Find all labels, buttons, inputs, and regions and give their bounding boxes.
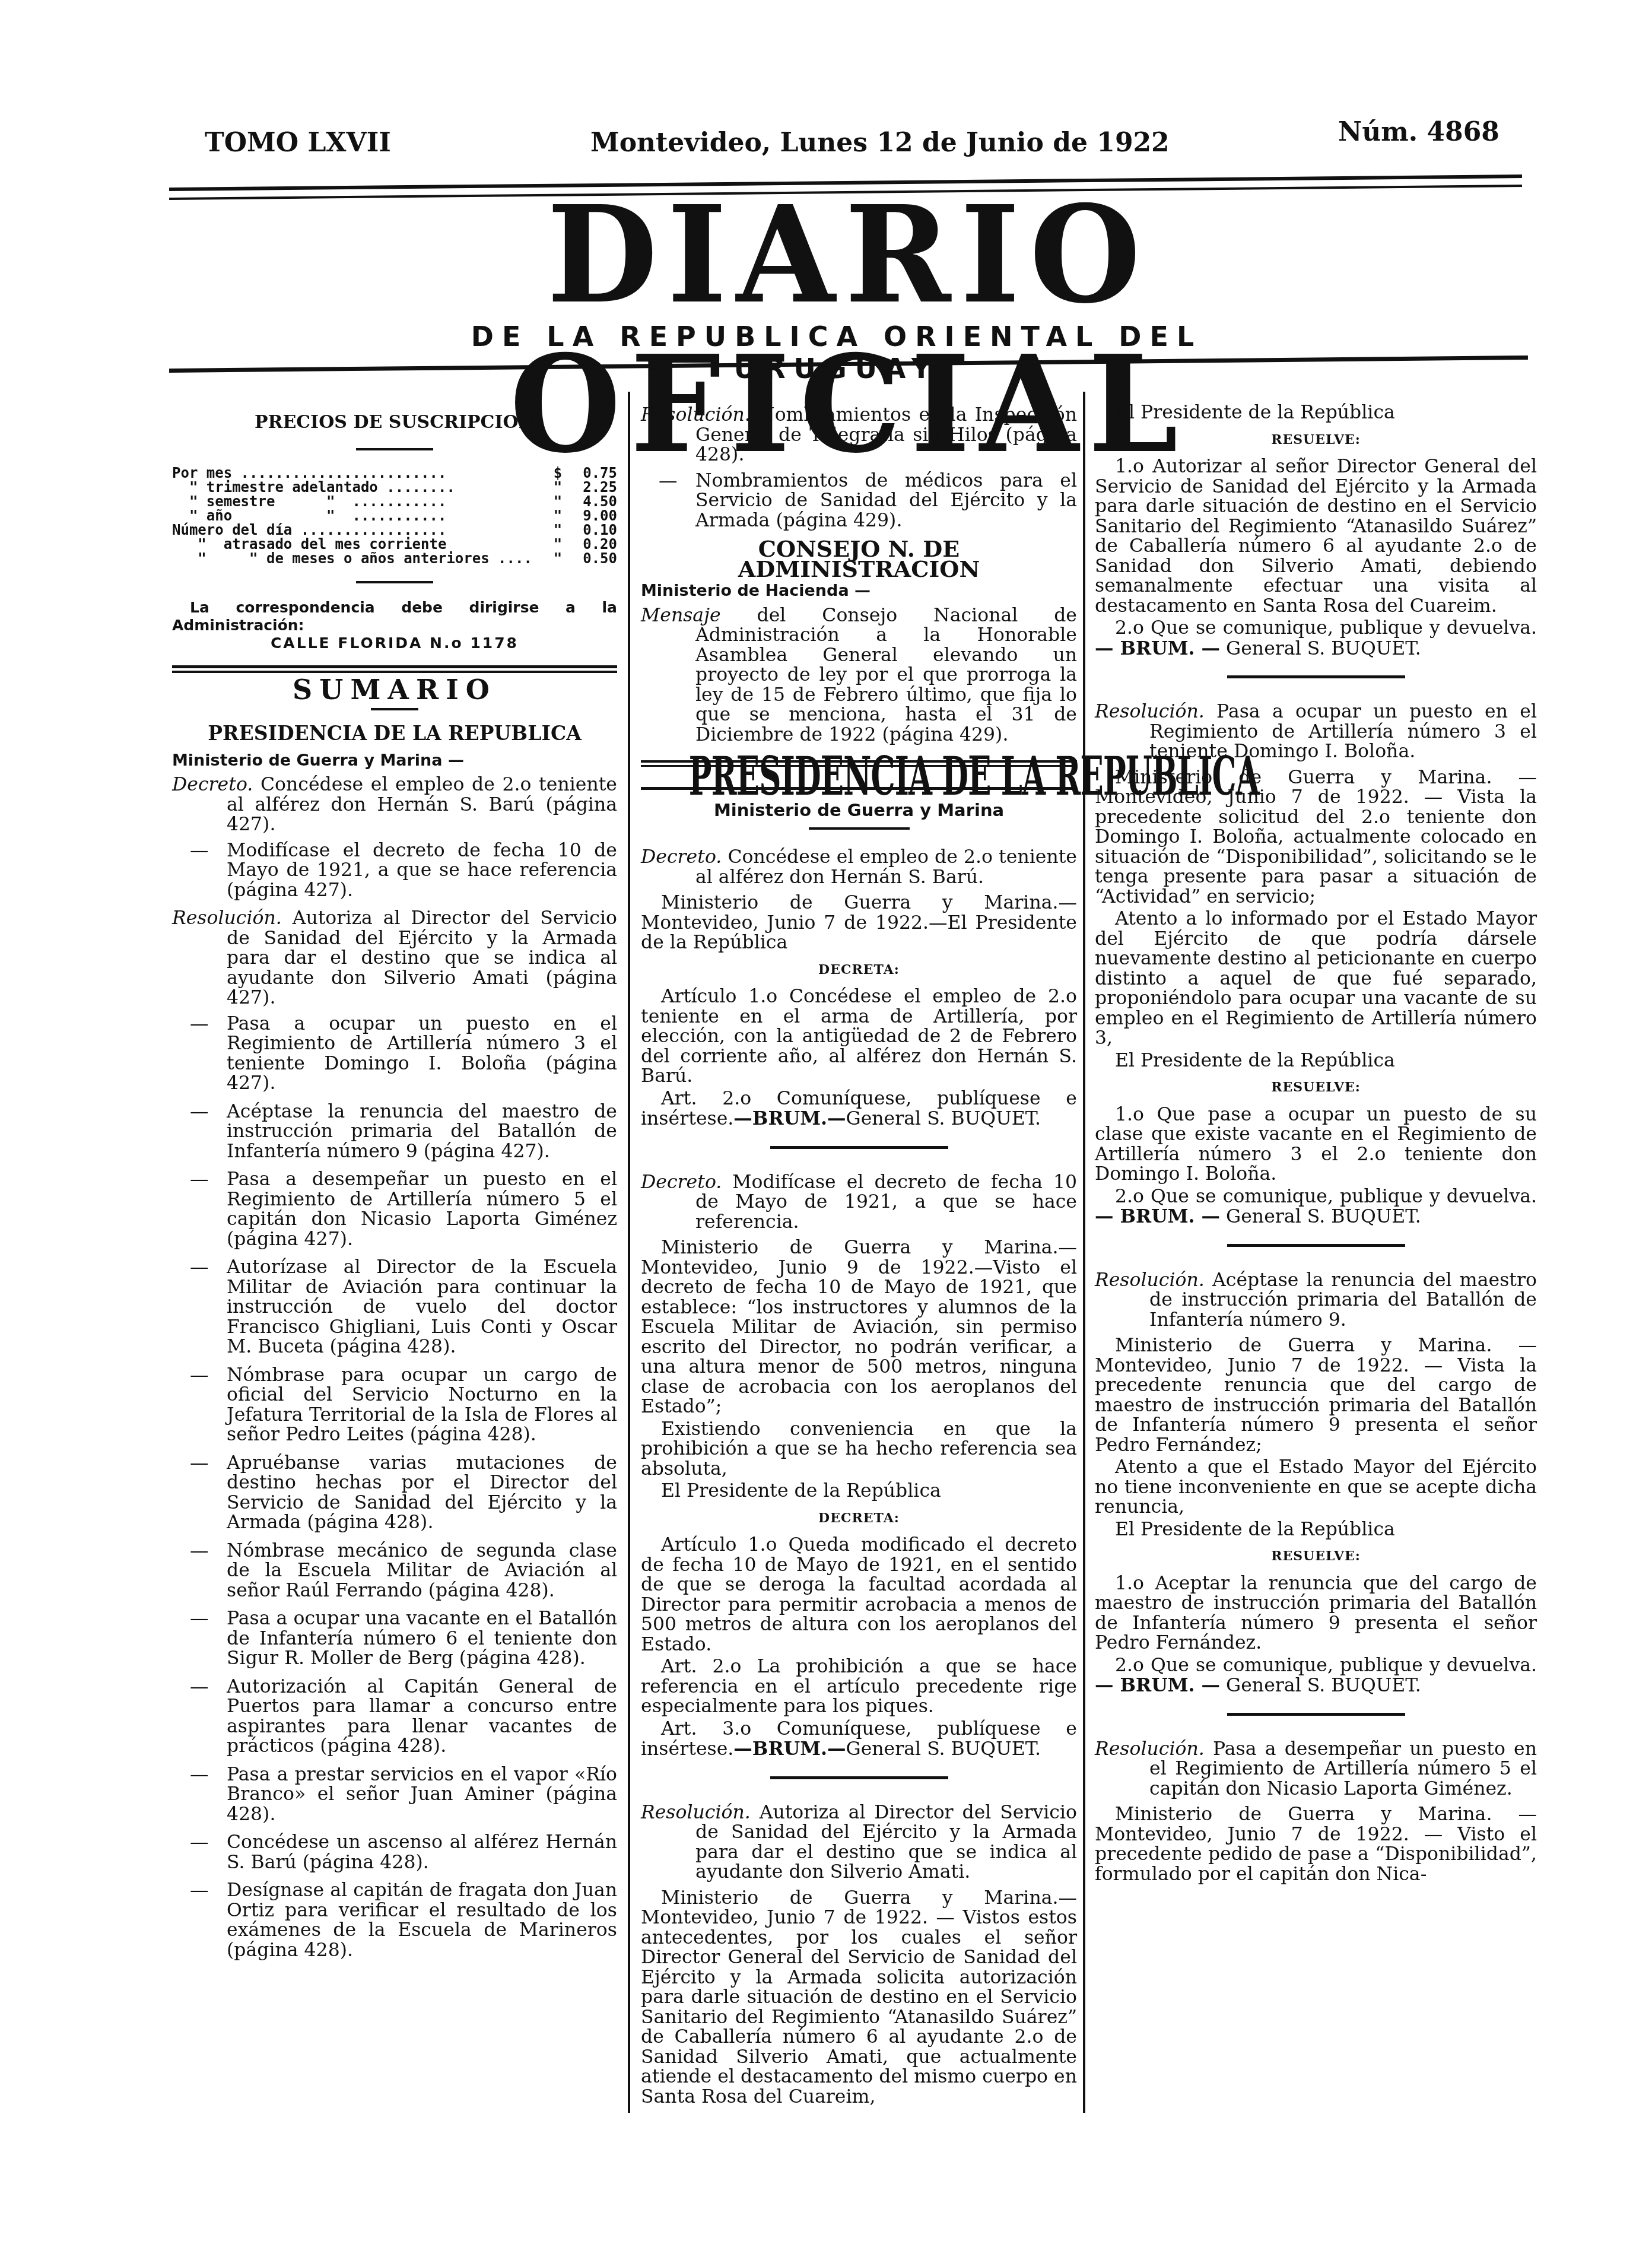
price-row: " atrasado del mes corriente"0.20 [172,537,617,551]
preamble: Ministerio de Guerra y Marina. — Montevi… [1095,768,1537,907]
president: El Presidente de la República [1095,1051,1537,1071]
sumario-entry: Pasa a ocupar una vacante en el Batallón… [172,1609,617,1669]
sumario-entry: Modifícase el decreto de fecha 10 de May… [172,841,617,901]
entry-summary: Acéptase la renuncia del maestro de inst… [1149,1269,1537,1331]
column-2: Resolución. Nombramientos en la Inspecci… [641,401,1077,2109]
entry-lead: Resolución. [1095,701,1205,722]
signature-brum: —BRUM.— [733,1107,846,1129]
entry-lead: Resolución. [1095,1269,1205,1291]
article-1: Artículo 1.o Queda modificado el decreto… [641,1535,1077,1655]
resolution-3: Resolución. Acéptase la renuncia del mae… [1095,1271,1537,1696]
sumario-entry: Concédese un ascenso al alférez Hernán S… [172,1833,617,1872]
considering: Atento a que el Estado Mayor del Ejércit… [1095,1458,1537,1518]
signature-brum: —BRUM.— [733,1738,846,1760]
entry-text: Modifícase el decreto de fecha 10 de May… [227,840,617,901]
price-currency: " [546,480,570,494]
correspondence-note: La correspondencia debe dirigirse a la A… [172,599,617,652]
divider [371,708,418,710]
sumario-entry: Desígnase al capitán de fragata don Juan… [172,1881,617,1960]
entry-lead: Decreto. [172,774,260,795]
sumario-list-part-1: Decreto. Concédese el empleo de 2.o teni… [172,775,617,1960]
entry-summary: Autoriza al Director del Servicio de San… [695,1802,1077,1883]
price-currency: " [546,551,570,566]
considering: Atento a lo informado por el Estado Mayo… [1095,909,1537,1049]
sumario-section-heading: PRESIDENCIA DE LA REPUBLICA [172,723,617,744]
divider [356,448,433,450]
divider [809,827,910,830]
entry-text: Autorízase al Director de la Escuela Mil… [227,1256,617,1357]
article-3: Art. 3.o Comuníquese, publíquese e insér… [641,1719,1077,1760]
address: CALLE FLORIDA N.o 1178 [172,634,617,652]
sumario-ministry: Ministerio de Guerra y Marina — [172,751,617,771]
sumario-entry: Autorízase al Director de la Escuela Mil… [172,1258,617,1357]
resolution-4: Resolución. Pasa a desempeñar un puesto … [1095,1740,1537,1885]
masthead-info-line: TOMO LXVII Montevideo, Lunes 12 de Junio… [172,128,1537,175]
issue-number: Núm. 4868 [1338,117,1499,147]
sumario-entry: Acéptase la renuncia del maestro de inst… [172,1102,617,1162]
article-1: Artículo 1.o Concédese el empleo de 2.o … [641,987,1077,1087]
price-amount: 0.10 [570,523,617,537]
consejo-entry: Mensaje del Consejo Nacional de Administ… [641,606,1077,745]
divider [770,1146,948,1149]
entry-lead: Decreto. [641,846,722,868]
resolve-point-1: 1.o Autorizar al señor Director General … [1095,457,1537,616]
entry-text: Pasa a desempeñar un puesto en el Regimi… [227,1169,617,1250]
price-label: " " de meses o años anteriores .... [172,551,546,566]
signature-buquet: General S. BUQUET. [846,1108,1041,1129]
resolve-point-2: 2.o Que se comunique, publique y devuelv… [1095,618,1537,659]
president: El Presidente de la República [1095,1520,1537,1540]
sumario-entry: Nombramientos de médicos para el Servici… [641,471,1077,531]
price-amount: 0.20 [570,537,617,551]
entry-text: Acéptase la renuncia del maestro de inst… [227,1101,617,1162]
president: El Presidente de la República [641,1481,1077,1502]
entry-text: Apruébanse varias mutaciones de destino … [227,1452,617,1534]
entry-text: Nómbrase mecánico de segunda clase de la… [227,1540,617,1601]
correspondence-text: La correspondencia debe dirigirse a la A… [172,599,617,634]
consejo-ministry: Ministerio de Hacienda — [641,581,1077,601]
entry-summary: Pasa a desempeñar un puesto en el Regimi… [1149,1738,1537,1799]
column-3: El Presidente de la República RESUELVE: … [1095,401,1537,1887]
price-row: " año " ..........."9.00 [172,509,617,523]
resuelve-label: RESUELVE: [1095,1547,1537,1567]
price-currency: " [546,537,570,551]
resolve-point-1: 1.o Aceptar la renuncia que del cargo de… [1095,1574,1537,1653]
article-2: Art. 2.o La prohibición a que se hace re… [641,1657,1077,1717]
price-row: Número del día ................."0.10 [172,523,617,537]
preamble: Ministerio de Guerra y Marina. — Montevi… [1095,1336,1537,1455]
entry-text: Nombramientos de médicos para el Servici… [695,470,1077,531]
decreta-label: DECRETA: [641,960,1077,980]
volume-label: TOMO LXVII [205,128,391,158]
entry-lead: Resolución. [641,404,758,426]
divider [1227,675,1405,678]
signature-brum: — BRUM. — [1095,1205,1220,1227]
entry-text: Pasa a ocupar un puesto en el Regimiento… [227,1013,617,1094]
divider [172,665,617,668]
signature-brum: — BRUM. — [1095,637,1220,659]
sumario-entry: Nómbrase para ocupar un cargo de oficial… [172,1366,617,1445]
entry-lead: Resolución. [172,907,293,929]
resolution-2: Resolución. Pasa a ocupar un puesto en e… [1095,702,1537,1227]
signature-buquet: General S. BUQUET. [1226,638,1421,659]
considering: Existiendo conveniencia en que la prohib… [641,1420,1077,1480]
signature-buquet: General S. BUQUET. [846,1738,1041,1760]
price-label: Número del día ................. [172,523,546,537]
sumario-heading: SUMARIO [172,680,617,700]
subscription-price-table: Por mes ........................$0.75 " … [172,466,617,566]
price-amount: 0.50 [570,551,617,566]
preamble: Ministerio de Guerra y Marina.—Montevide… [641,1888,1077,2107]
decreta-label: DECRETA: [641,1509,1077,1529]
decree-2: Decreto. Modifícase el decreto de fecha … [641,1173,1077,1760]
sumario-entry: Pasa a desempeñar un puesto en el Regimi… [172,1170,617,1249]
divider [770,1776,948,1779]
price-row: " semestre " ..........."4.50 [172,494,617,509]
resolve-point-2: 2.o Que se comunique, publique y devuelv… [1095,1656,1537,1696]
entry-summary: Concédese el empleo de 2.o teniente al a… [695,846,1077,888]
entry-text: Nómbrase para ocupar un cargo de oficial… [227,1364,617,1446]
preamble: Ministerio de Guerra y Marina.—Montevide… [641,893,1077,953]
price-currency: " [546,509,570,523]
price-row: " trimestre adelantado ........"2.25 [172,480,617,494]
divider [172,671,617,673]
price-row: " " de meses o años anteriores ...."0.50 [172,551,617,566]
sumario-entry: Pasa a ocupar un puesto en el Regimiento… [172,1014,617,1094]
consejo-heading: CONSEJO N. DE ADMINISTRACION [641,539,1077,579]
dateline: Montevideo, Lunes 12 de Junio de 1922 [590,128,1170,158]
price-label: " atrasado del mes corriente [172,537,546,551]
entry-text: Autorización al Capitán General de Puert… [227,1676,617,1757]
entry-summary: Modifícase el decreto de fecha 10 de May… [695,1172,1077,1233]
sumario-entry: Autorización al Capitán General de Puert… [172,1677,617,1757]
resolve-point-1: 1.o Que pase a ocupar un puesto de su cl… [1095,1105,1537,1185]
sumario-entry: Resolución. Autoriza al Director del Ser… [172,909,617,1008]
entry-text: Pasa a ocupar una vacante en el Batallón… [227,1608,617,1669]
signature-brum: — BRUM. — [1095,1674,1220,1696]
price-label: " trimestre adelantado ........ [172,480,546,494]
resolve-point-2: 2.o Que se comunique, publique y devuelv… [1095,1187,1537,1227]
signature-buquet: General S. BUQUET. [1226,1206,1421,1227]
sumario-list-part-2: Resolución. Nombramientos en la Inspecci… [641,405,1077,531]
preamble: Ministerio de Guerra y Marina.—Montevide… [641,1238,1077,1417]
president: El Presidente de la República [1095,403,1537,423]
price-amount: 2.25 [570,480,617,494]
resuelve-label: RESUELVE: [1095,430,1537,450]
column-divider-1 [628,392,630,2113]
entry-summary: Pasa a ocupar un puesto en el Regimiento… [1149,701,1537,762]
price-label: " semestre " ........... [172,494,546,509]
resuelve-label: RESUELVE: [1095,1078,1537,1098]
entry-text: Desígnase al capitán de fragata don Juan… [227,1880,617,1961]
sumario-entry: Resolución. Nombramientos en la Inspecci… [641,405,1077,465]
entry-lead: Mensaje [641,605,721,626]
sumario-entry: Nómbrase mecánico de segunda clase de la… [172,1541,617,1601]
entry-text: Concédese el empleo de 2.o teniente al a… [227,774,617,835]
entry-lead: Decreto. [641,1172,722,1193]
article-2: Art. 2.o Comuníquese, publíquese e insér… [641,1089,1077,1129]
divider [1227,1713,1405,1716]
price-amount: 0.75 [570,466,617,480]
entry-lead: Resolución. [641,1802,751,1823]
newspaper-subtitle: DE LA REPUBLICA ORIENTAL DEL URUGUAY [362,320,1311,385]
divider [641,787,1077,790]
signature-buquet: General S. BUQUET. [1226,1675,1421,1696]
price-label: " año " ........... [172,509,546,523]
price-currency: " [546,523,570,537]
sumario-entry: Decreto. Concédese el empleo de 2.o teni… [172,775,617,835]
entry-text: del Consejo Nacional de Administración a… [695,605,1077,745]
price-row: Por mes ........................$0.75 [172,466,617,480]
price-amount: 4.50 [570,494,617,509]
entry-lead: Resolución. [1095,1738,1205,1760]
resolution-1-continued: El Presidente de la República RESUELVE: … [1095,403,1537,659]
preamble: Ministerio de Guerra y Marina. — Montevi… [1095,1805,1537,1884]
entry-text: Pasa a prestar servicios en el vapor «Rí… [227,1764,617,1825]
resolution-1: Resolución. Autoriza al Director del Ser… [641,1803,1077,2107]
price-currency: $ [546,466,570,480]
sumario-entry: Pasa a prestar servicios en el vapor «Rí… [172,1765,617,1825]
decree-1: Decreto. Concédese el empleo de 2.o teni… [641,847,1077,1129]
column-divider-2 [1083,392,1085,2113]
price-label: Por mes ........................ [172,466,546,480]
price-amount: 9.00 [570,509,617,523]
entry-text: Concédese un ascenso al alférez Hernán S… [227,1831,617,1873]
subscription-heading: PRECIOS DE SUSCRIPCION [172,412,617,433]
sumario-entry: Apruébanse varias mutaciones de destino … [172,1453,617,1533]
divider [1227,1244,1405,1247]
price-currency: " [546,494,570,509]
column-1: PRECIOS DE SUSCRIPCION Por mes .........… [172,401,617,1969]
divider [356,581,433,583]
